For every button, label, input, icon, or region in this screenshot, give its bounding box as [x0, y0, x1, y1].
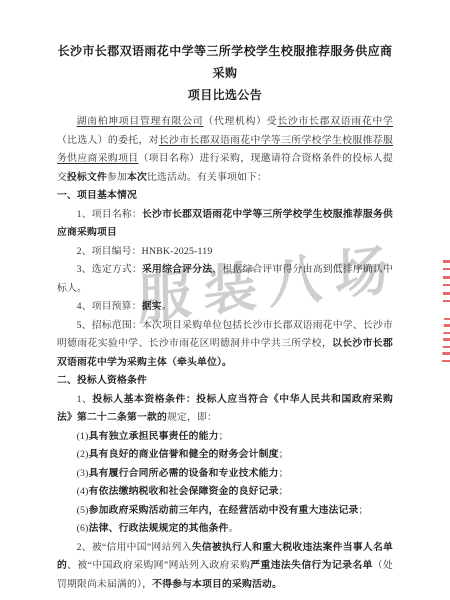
- qualification-6: (6)法律、行政法规规定的其他条件。: [57, 520, 393, 539]
- text-segment: (2): [77, 449, 89, 460]
- text-segment: ；: [279, 468, 289, 479]
- text-segment: 参加: [107, 172, 127, 183]
- text-segment: ；: [219, 431, 229, 442]
- qualification-1: (1)具有独立承担民事责任的能力；: [57, 428, 393, 447]
- text-segment: 规定，即：: [167, 412, 217, 423]
- text-segment: (3): [77, 468, 89, 479]
- text-segment: （代理机构）受: [203, 116, 277, 127]
- text-segment: 法律、行政法规规定的其他条件: [89, 523, 229, 534]
- text-segment: 严重违法失信行为记录名单: [250, 560, 373, 571]
- text-segment: 一、项目基本情况: [57, 190, 137, 201]
- text-segment: 、被“中国政府采购网”网站列入政府采购: [67, 560, 250, 571]
- item-basic-qualification: 1、投标人基本资格条件：投标人应当符合《中华人民共和国政府采购法》第二十二条第一…: [57, 391, 393, 428]
- text-segment: 。: [162, 301, 172, 312]
- text-segment: 投标文件: [67, 172, 107, 183]
- text-segment: 投标人基本资格条件：投标人应当符合《中华人民共和国政府采购法》第二十二条第一款的: [57, 394, 393, 424]
- item-project-name: 1、项目名称：长沙市长郡双语雨花中学等三所学校学生校服推荐服务供应商采购项目: [57, 206, 393, 243]
- item-selection-method: 3、选定方式：采用综合评分法，根据综合评审得分由高到低排序确认中标人。: [57, 261, 393, 298]
- text-segment: 长沙市长郡双语雨花中学: [277, 116, 393, 127]
- text-segment: 具有履行合同所必需的设备和专业技术能力: [89, 468, 279, 479]
- announcement-page: 服装八场 长沙市长郡双语雨花中学等三所学校学生校服推荐服务供应商采购项目比选公告…: [0, 0, 450, 600]
- text-segment: 二、投标人资格条件: [57, 375, 147, 386]
- text-segment: 2、被“信用中国”网站列入: [77, 542, 192, 553]
- document-body: 湖南柏坤项目管理有限公司（代理机构）受长沙市长郡双语雨花中学（比选人）的委托，对…: [57, 113, 393, 594]
- qualification-5: (5)参加政府采购活动前三年内，在经营活动中没有重大违法记录；: [57, 502, 393, 521]
- text-segment: ；: [279, 449, 289, 460]
- qualification-3: (3)具有履行合同所必需的设备和专业技术能力；: [57, 465, 393, 484]
- text-segment: 比选活动。有关事项如下：: [147, 172, 267, 183]
- text-segment: 1、项目名称：: [77, 209, 142, 220]
- text-segment: (5): [77, 505, 89, 516]
- text-segment: (6): [77, 523, 89, 534]
- title-line: 项目比选公告: [57, 84, 393, 106]
- section-2-heading: 二、投标人资格条件: [57, 372, 393, 391]
- text-segment: 有依法缴纳税收和社会保障资金的良好记录: [89, 486, 279, 497]
- intro-paragraph: 湖南柏坤项目管理有限公司（代理机构）受长沙市长郡双语雨花中学（比选人）的委托，对…: [57, 113, 393, 187]
- text-segment: 具有独立承担民事责任的能力: [89, 431, 219, 442]
- text-segment: 不得参与本项目的采购活动。: [152, 579, 282, 590]
- text-segment: 湖南柏坤项目管理有限公司: [77, 116, 204, 127]
- page-title: 长沙市长郡双语雨花中学等三所学校学生校服推荐服务供应商采购项目比选公告: [57, 40, 393, 106]
- item-project-number: 2、项目编号：HNBK-2025-119: [57, 243, 393, 262]
- text-segment: ；: [359, 505, 369, 516]
- text-segment: （比选人）的委托，对: [57, 135, 159, 146]
- item-bidding-scope: 5、招标范围：本次项目采购单位包括长沙市长郡双语雨花中学、长沙市明德雨花实验中学…: [57, 317, 393, 373]
- text-segment: 参加政府采购活动前三年内，在经营活动中没有重大违法记录: [89, 505, 359, 516]
- text-segment: (1): [77, 431, 89, 442]
- text-segment: ；: [279, 486, 289, 497]
- text-segment: 2、项目编号：HNBK-2025-119: [77, 246, 213, 257]
- item-budget: 4、项目预算：据实。: [57, 298, 393, 317]
- qualification-4: (4)有依法缴纳税收和社会保障资金的良好记录；: [57, 483, 393, 502]
- text-segment: 采用综合评分法: [142, 264, 212, 275]
- text-segment: 具有良好的商业信誉和健全的财务会计制度: [89, 449, 279, 460]
- qualification-2: (2)具有良好的商业信誉和健全的财务会计制度；: [57, 446, 393, 465]
- text-segment: (4): [77, 486, 89, 497]
- text-segment: 本次: [127, 172, 147, 183]
- text-segment: 3、选定方式：: [77, 264, 142, 275]
- title-line: 长沙市长郡双语雨花中学等三所学校学生校服推荐服务供应商采购: [57, 40, 393, 84]
- text-segment: 据实: [142, 301, 162, 312]
- text-segment: 。: [229, 523, 239, 534]
- section-1-heading: 一、项目基本情况: [57, 187, 393, 206]
- red-stamp-fragment-bottom: [442, 318, 450, 364]
- text-segment: 1、: [77, 394, 93, 405]
- text-segment: 4、项目预算：: [77, 301, 142, 312]
- item-credit-blacklist: 2、被“信用中国”网站列入失信被执行人和重大税收违法案件当事人名单的、被“中国政…: [57, 539, 393, 595]
- red-stamp-fragment-top: [443, 260, 450, 302]
